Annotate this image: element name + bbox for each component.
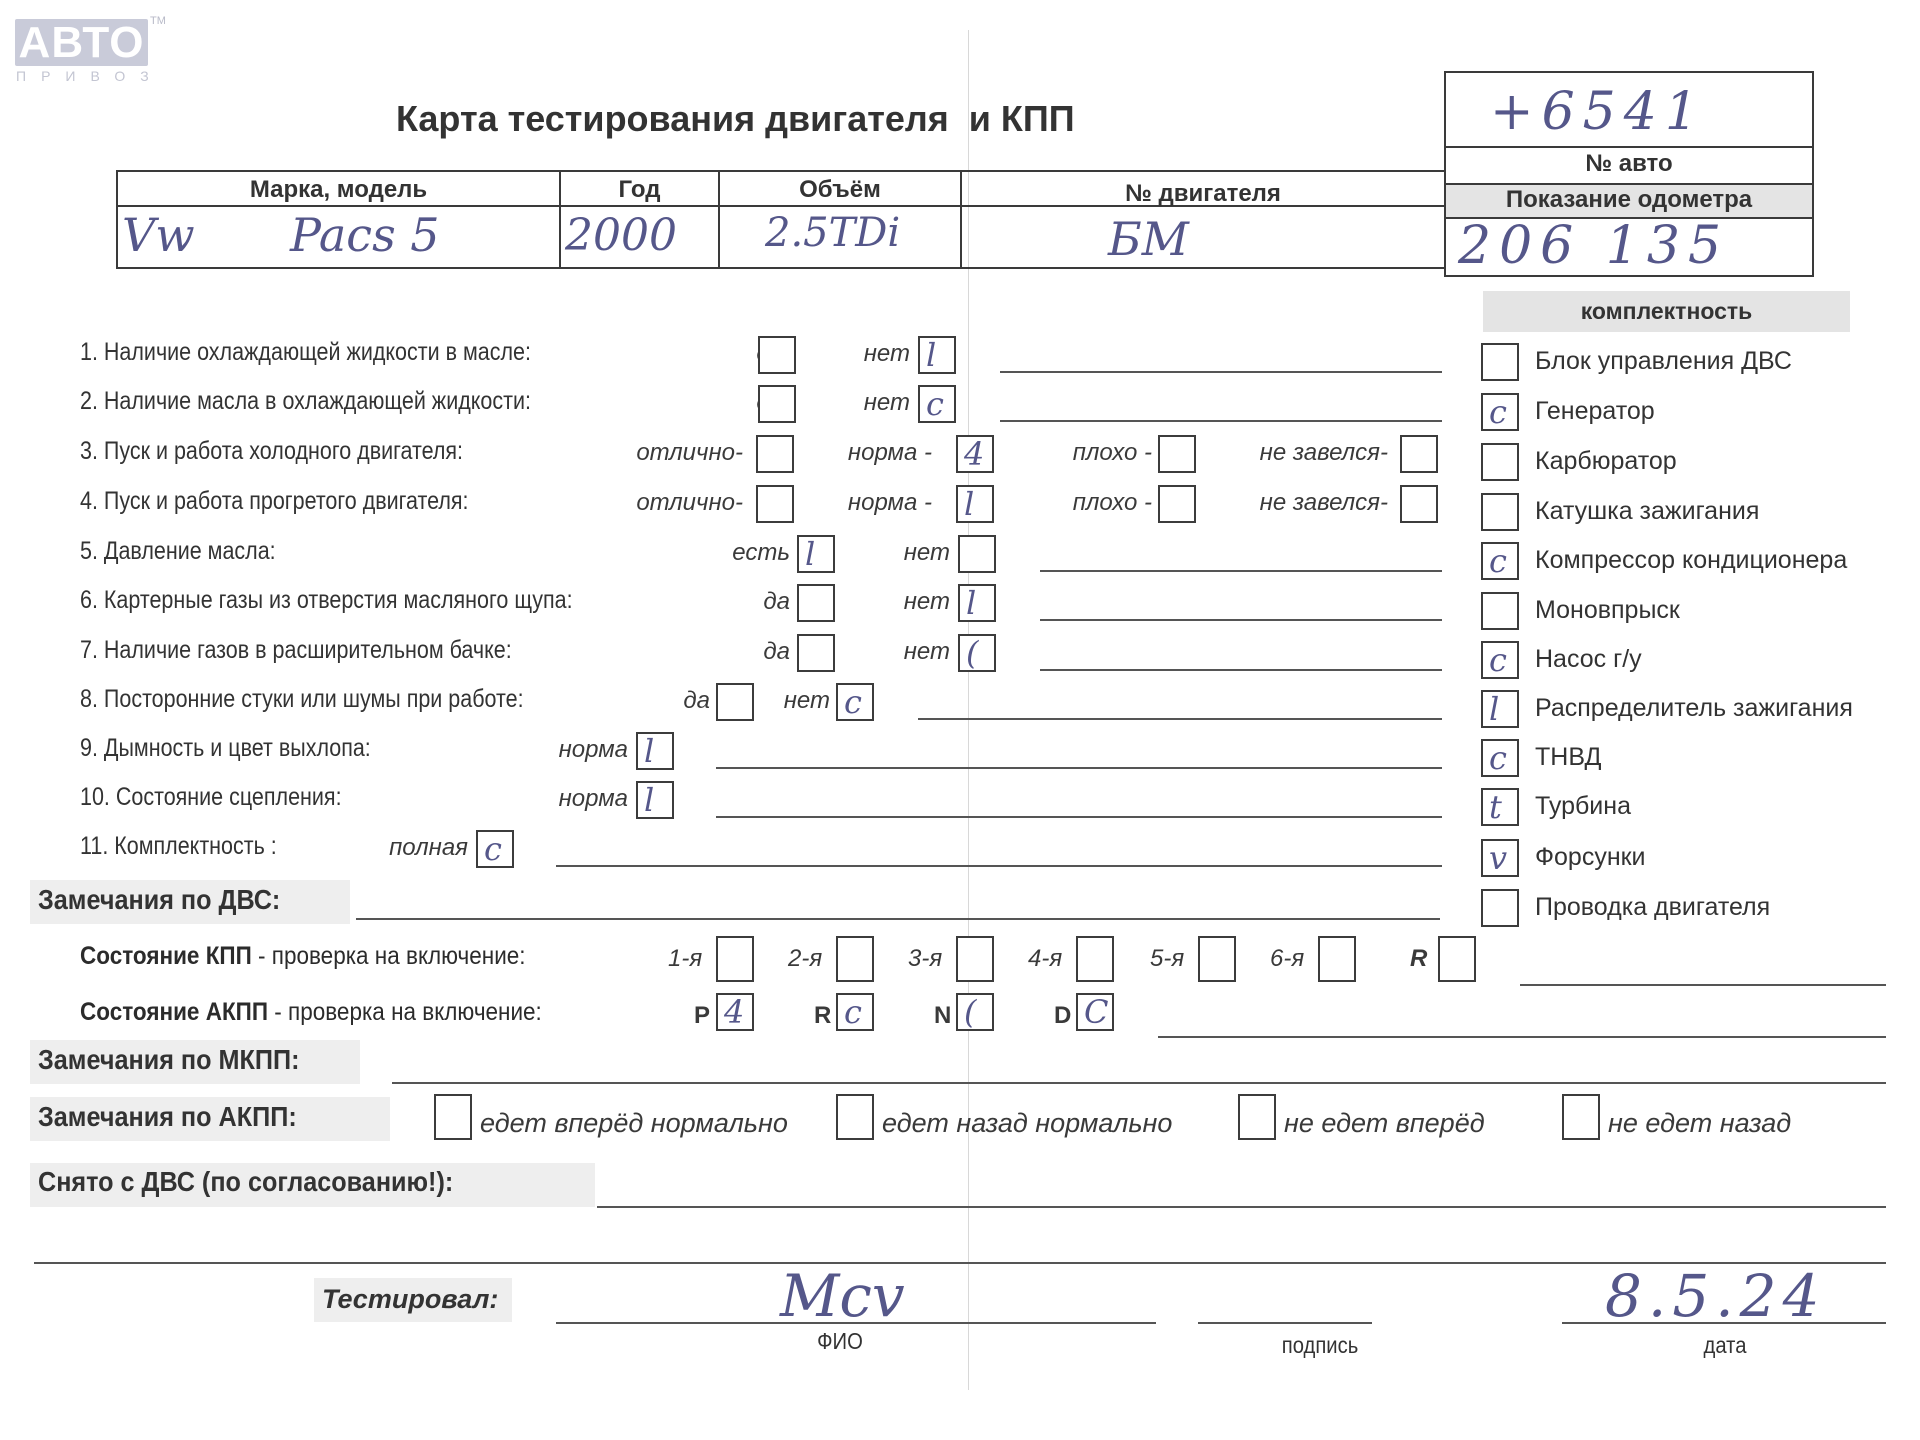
- date-value[interactable]: 8.5.24: [1605, 1262, 1825, 1330]
- auto-remarks-label: Замечания по АКПП:: [38, 1101, 297, 1133]
- auto-remark-checkbox[interactable]: [434, 1094, 472, 1140]
- option-checkbox[interactable]: [756, 435, 794, 473]
- manual-remarks-line[interactable]: [392, 1082, 1886, 1084]
- option-label: норма -: [840, 489, 932, 517]
- model-value[interactable]: Pacs 5: [290, 208, 440, 262]
- gear-checkbox[interactable]: (: [956, 993, 994, 1031]
- completeness-header: комплектность: [1483, 298, 1850, 325]
- completeness-checkbox[interactable]: c: [1481, 739, 1519, 777]
- gear-checkbox[interactable]: [1438, 936, 1476, 982]
- option-label: да: [720, 588, 790, 616]
- gear-checkbox[interactable]: C: [1076, 993, 1114, 1031]
- option-label: нет: [840, 389, 910, 417]
- col-year: Год: [561, 176, 718, 204]
- option-checkbox[interactable]: l: [956, 485, 994, 523]
- option-label: норма: [520, 785, 628, 813]
- check-mark-icon: c: [1489, 542, 1507, 580]
- auto-gearbox-desc: - проверка на включение:: [268, 998, 542, 1026]
- removed-label: Снято с ДВС (по согласованию!):: [38, 1166, 453, 1198]
- check-mark-icon: 4: [724, 993, 744, 1031]
- option-checkbox[interactable]: c: [836, 683, 874, 721]
- tested-by-label: Тестировал:: [322, 1284, 498, 1315]
- volume-value[interactable]: 2.5TDi: [765, 210, 900, 256]
- gear-checkbox[interactable]: 4: [716, 993, 754, 1031]
- checklist-row-label: 8. Посторонние стуки или шумы при работе…: [80, 685, 524, 714]
- completeness-item-label: Компрессор кондиционера: [1535, 546, 1847, 575]
- completeness-item-label: Моновпрыск: [1535, 596, 1680, 625]
- removed-line[interactable]: [597, 1206, 1886, 1208]
- gear-checkbox[interactable]: [1198, 936, 1236, 982]
- comment-line[interactable]: [918, 718, 1442, 720]
- checklist-row-label: 5. Давление масла:: [80, 537, 276, 566]
- odometer-value[interactable]: 206 135: [1458, 216, 1729, 276]
- check-mark-icon: l: [805, 535, 815, 573]
- check-mark-icon: c: [844, 683, 862, 721]
- signature-caption: подпись: [1267, 1332, 1373, 1359]
- comment-line[interactable]: [716, 767, 1442, 769]
- option-checkbox[interactable]: l: [958, 584, 996, 622]
- date-caption: дата: [1672, 1332, 1778, 1359]
- option-label: нет: [870, 588, 950, 616]
- make-value[interactable]: Vw: [122, 208, 195, 262]
- option-checkbox[interactable]: [716, 683, 754, 721]
- option-checkbox[interactable]: [1158, 485, 1196, 523]
- gear-label: 6-я: [1270, 945, 1304, 973]
- checklist-row-label: 11. Комплектность :: [80, 832, 277, 861]
- option-label: да: [720, 638, 790, 666]
- checklist-row-label: 1. Наличие охлаждающей жидкости в масле:: [80, 338, 531, 367]
- col-engine-no: № двигателя: [962, 180, 1444, 208]
- option-checkbox[interactable]: [756, 485, 794, 523]
- option-checkbox[interactable]: 4: [956, 435, 994, 473]
- gear-label: R: [1410, 945, 1427, 973]
- check-mark-icon: c: [1489, 739, 1507, 777]
- option-label: полная: [360, 834, 468, 862]
- check-mark-icon: (: [966, 634, 978, 672]
- manual-gearbox-line[interactable]: [1520, 984, 1886, 986]
- checklist-row-label: 3. Пуск и работа холодного двигателя:: [80, 437, 463, 466]
- option-label: норма -: [840, 439, 932, 467]
- comment-line[interactable]: [1000, 371, 1442, 373]
- checklist-row-label: 7. Наличие газов в расширительном бачке:: [80, 636, 512, 665]
- completeness-checkbox[interactable]: c: [1481, 542, 1519, 580]
- check-mark-icon: 4: [964, 435, 984, 473]
- option-label: плохо -: [1050, 489, 1152, 517]
- check-mark-icon: c: [484, 830, 502, 868]
- check-mark-icon: l: [1489, 690, 1499, 728]
- option-checkbox[interactable]: [1400, 435, 1438, 473]
- col-volume: Объём: [720, 176, 960, 204]
- gear-label: N: [934, 1002, 951, 1030]
- gear-checkbox[interactable]: [716, 936, 754, 982]
- check-mark-icon: l: [964, 485, 974, 523]
- auto-remark-label: не едет вперёд: [1284, 1108, 1485, 1139]
- manual-gearbox-title: Состояние КПП: [80, 942, 252, 970]
- engine-no-value[interactable]: БМ: [1108, 212, 1189, 266]
- checklist-row-label: 6. Картерные газы из отверстия масляного…: [80, 586, 573, 615]
- logo-subtitle: ПРИВОЗ: [16, 68, 150, 84]
- comment-line[interactable]: [1000, 420, 1442, 422]
- option-checkbox[interactable]: l: [636, 781, 674, 819]
- gear-label: 5-я: [1150, 945, 1184, 973]
- gear-label: P: [694, 1002, 710, 1030]
- odometer-label: Показание одометра: [1446, 186, 1812, 214]
- comment-line[interactable]: [556, 865, 1442, 867]
- tester-name-value[interactable]: Mcv: [780, 1262, 905, 1330]
- check-mark-icon: l: [644, 781, 654, 819]
- option-checkbox[interactable]: [1158, 435, 1196, 473]
- option-checkbox[interactable]: [758, 336, 796, 374]
- check-mark-icon: l: [644, 732, 654, 770]
- option-checkbox[interactable]: l: [918, 336, 956, 374]
- option-label: плохо -: [1050, 439, 1152, 467]
- comment-line[interactable]: [1040, 570, 1442, 572]
- auto-remark-label: не едет назад: [1608, 1108, 1791, 1139]
- car-number-value[interactable]: +6541: [1490, 82, 1706, 142]
- paper-fold: [968, 30, 969, 1390]
- year-value[interactable]: 2000: [565, 210, 677, 261]
- completeness-item-label: Проводка двигателя: [1535, 893, 1770, 922]
- col-make-model: Марка, модель: [118, 176, 559, 204]
- form-title: Карта тестирования двигателя и КПП: [396, 98, 1075, 140]
- option-checkbox[interactable]: l: [797, 535, 835, 573]
- option-label: отлично-: [600, 489, 743, 517]
- option-label: есть: [700, 539, 790, 567]
- name-caption: ФИО: [787, 1328, 893, 1355]
- auto-remark-checkbox[interactable]: [836, 1094, 874, 1140]
- engine-remarks-label: Замечания по ДВС:: [38, 884, 280, 916]
- gear-checkbox[interactable]: [1318, 936, 1356, 982]
- manual-gearbox-desc: - проверка на включение:: [252, 942, 526, 970]
- comment-line[interactable]: [716, 816, 1442, 818]
- completeness-checkbox[interactable]: [1481, 443, 1519, 481]
- comment-line[interactable]: [1040, 619, 1442, 621]
- auto-gearbox-label: Состояние АКПП - проверка на включение:: [80, 998, 542, 1027]
- completeness-item-label: Распределитель зажигания: [1535, 694, 1853, 723]
- completeness-item-label: Насос г/у: [1535, 645, 1642, 674]
- option-label: нет: [870, 539, 950, 567]
- manual-gearbox-label: Состояние КПП - проверка на включение:: [80, 942, 526, 971]
- checklist-row-label: 2. Наличие масла в охлаждающей жидкости:: [80, 387, 531, 416]
- completeness-checkbox[interactable]: c: [1481, 393, 1519, 431]
- option-checkbox[interactable]: (: [958, 634, 996, 672]
- completeness-checkbox[interactable]: [1481, 493, 1519, 531]
- logo: АВТО: [15, 19, 148, 66]
- completeness-item-label: Карбюратор: [1535, 447, 1677, 476]
- checklist-row-label: 9. Дымность и цвет выхлопа:: [80, 734, 371, 763]
- completeness-item-label: Турбина: [1535, 792, 1631, 821]
- gear-label: D: [1054, 1002, 1071, 1030]
- engine-remarks-line[interactable]: [356, 918, 1440, 920]
- option-label: не завелся-: [1230, 489, 1388, 517]
- option-label: нет: [870, 638, 950, 666]
- gear-label: 4-я: [1028, 945, 1062, 973]
- auto-gearbox-title: Состояние АКПП: [80, 998, 268, 1026]
- completeness-checkbox[interactable]: c: [1481, 641, 1519, 679]
- option-label: нет: [760, 687, 830, 715]
- gear-label: 2-я: [788, 945, 822, 973]
- option-label: нет: [840, 340, 910, 368]
- completeness-checkbox[interactable]: t: [1481, 788, 1519, 826]
- check-mark-icon: t: [1489, 788, 1502, 826]
- option-label: норма: [520, 736, 628, 764]
- completeness-item-label: Катушка зажигания: [1535, 497, 1759, 526]
- completeness-item-label: Блок управления ДВС: [1535, 347, 1792, 376]
- auto-remark-checkbox[interactable]: [1562, 1094, 1600, 1140]
- check-mark-icon: l: [926, 336, 936, 374]
- gear-checkbox[interactable]: [1076, 936, 1114, 982]
- check-mark-icon: C: [1084, 993, 1108, 1031]
- option-checkbox[interactable]: [797, 634, 835, 672]
- auto-remark-label: едет назад нормально: [882, 1108, 1172, 1139]
- option-label: да: [660, 687, 710, 715]
- manual-remarks-label: Замечания по МКПП:: [38, 1044, 300, 1076]
- completeness-checkbox[interactable]: v: [1481, 839, 1519, 877]
- check-mark-icon: c: [1489, 641, 1507, 679]
- check-mark-icon: l: [966, 584, 976, 622]
- option-label: не завелся-: [1230, 439, 1388, 467]
- completeness-item-label: Генератор: [1535, 397, 1655, 426]
- auto-remark-label: едет вперёд нормально: [480, 1108, 788, 1139]
- option-checkbox[interactable]: l: [636, 732, 674, 770]
- completeness-item-label: ТНВД: [1535, 743, 1601, 772]
- logo-trademark: TM: [150, 15, 166, 27]
- gear-checkbox[interactable]: [836, 936, 874, 982]
- option-checkbox[interactable]: [797, 584, 835, 622]
- checklist-row-label: 10. Состояние сцепления:: [80, 783, 342, 812]
- auto-remark-checkbox[interactable]: [1238, 1094, 1276, 1140]
- option-checkbox[interactable]: c: [918, 385, 956, 423]
- gear-label: 1-я: [668, 945, 702, 973]
- completeness-checkbox[interactable]: [1481, 343, 1519, 381]
- check-mark-icon: v: [1489, 839, 1507, 877]
- option-label: отлично-: [600, 439, 743, 467]
- check-mark-icon: (: [964, 993, 976, 1031]
- gear-label: 3-я: [908, 945, 942, 973]
- option-checkbox[interactable]: [958, 535, 996, 573]
- comment-line[interactable]: [1040, 669, 1442, 671]
- option-checkbox[interactable]: [758, 385, 796, 423]
- gear-checkbox[interactable]: c: [836, 993, 874, 1031]
- checklist-row-label: 4. Пуск и работа прогретого двигателя:: [80, 487, 469, 516]
- check-mark-icon: c: [1489, 393, 1507, 431]
- auto-gearbox-line[interactable]: [1158, 1036, 1886, 1038]
- check-mark-icon: c: [926, 385, 944, 423]
- completeness-item-label: Форсунки: [1535, 843, 1646, 872]
- option-checkbox[interactable]: [1400, 485, 1438, 523]
- completeness-checkbox[interactable]: [1481, 592, 1519, 630]
- completeness-checkbox[interactable]: [1481, 889, 1519, 927]
- option-checkbox[interactable]: c: [476, 830, 514, 868]
- gear-label: R: [814, 1002, 831, 1030]
- check-mark-icon: c: [844, 993, 862, 1031]
- car-number-label: № авто: [1446, 150, 1812, 178]
- gear-checkbox[interactable]: [956, 936, 994, 982]
- completeness-checkbox[interactable]: l: [1481, 690, 1519, 728]
